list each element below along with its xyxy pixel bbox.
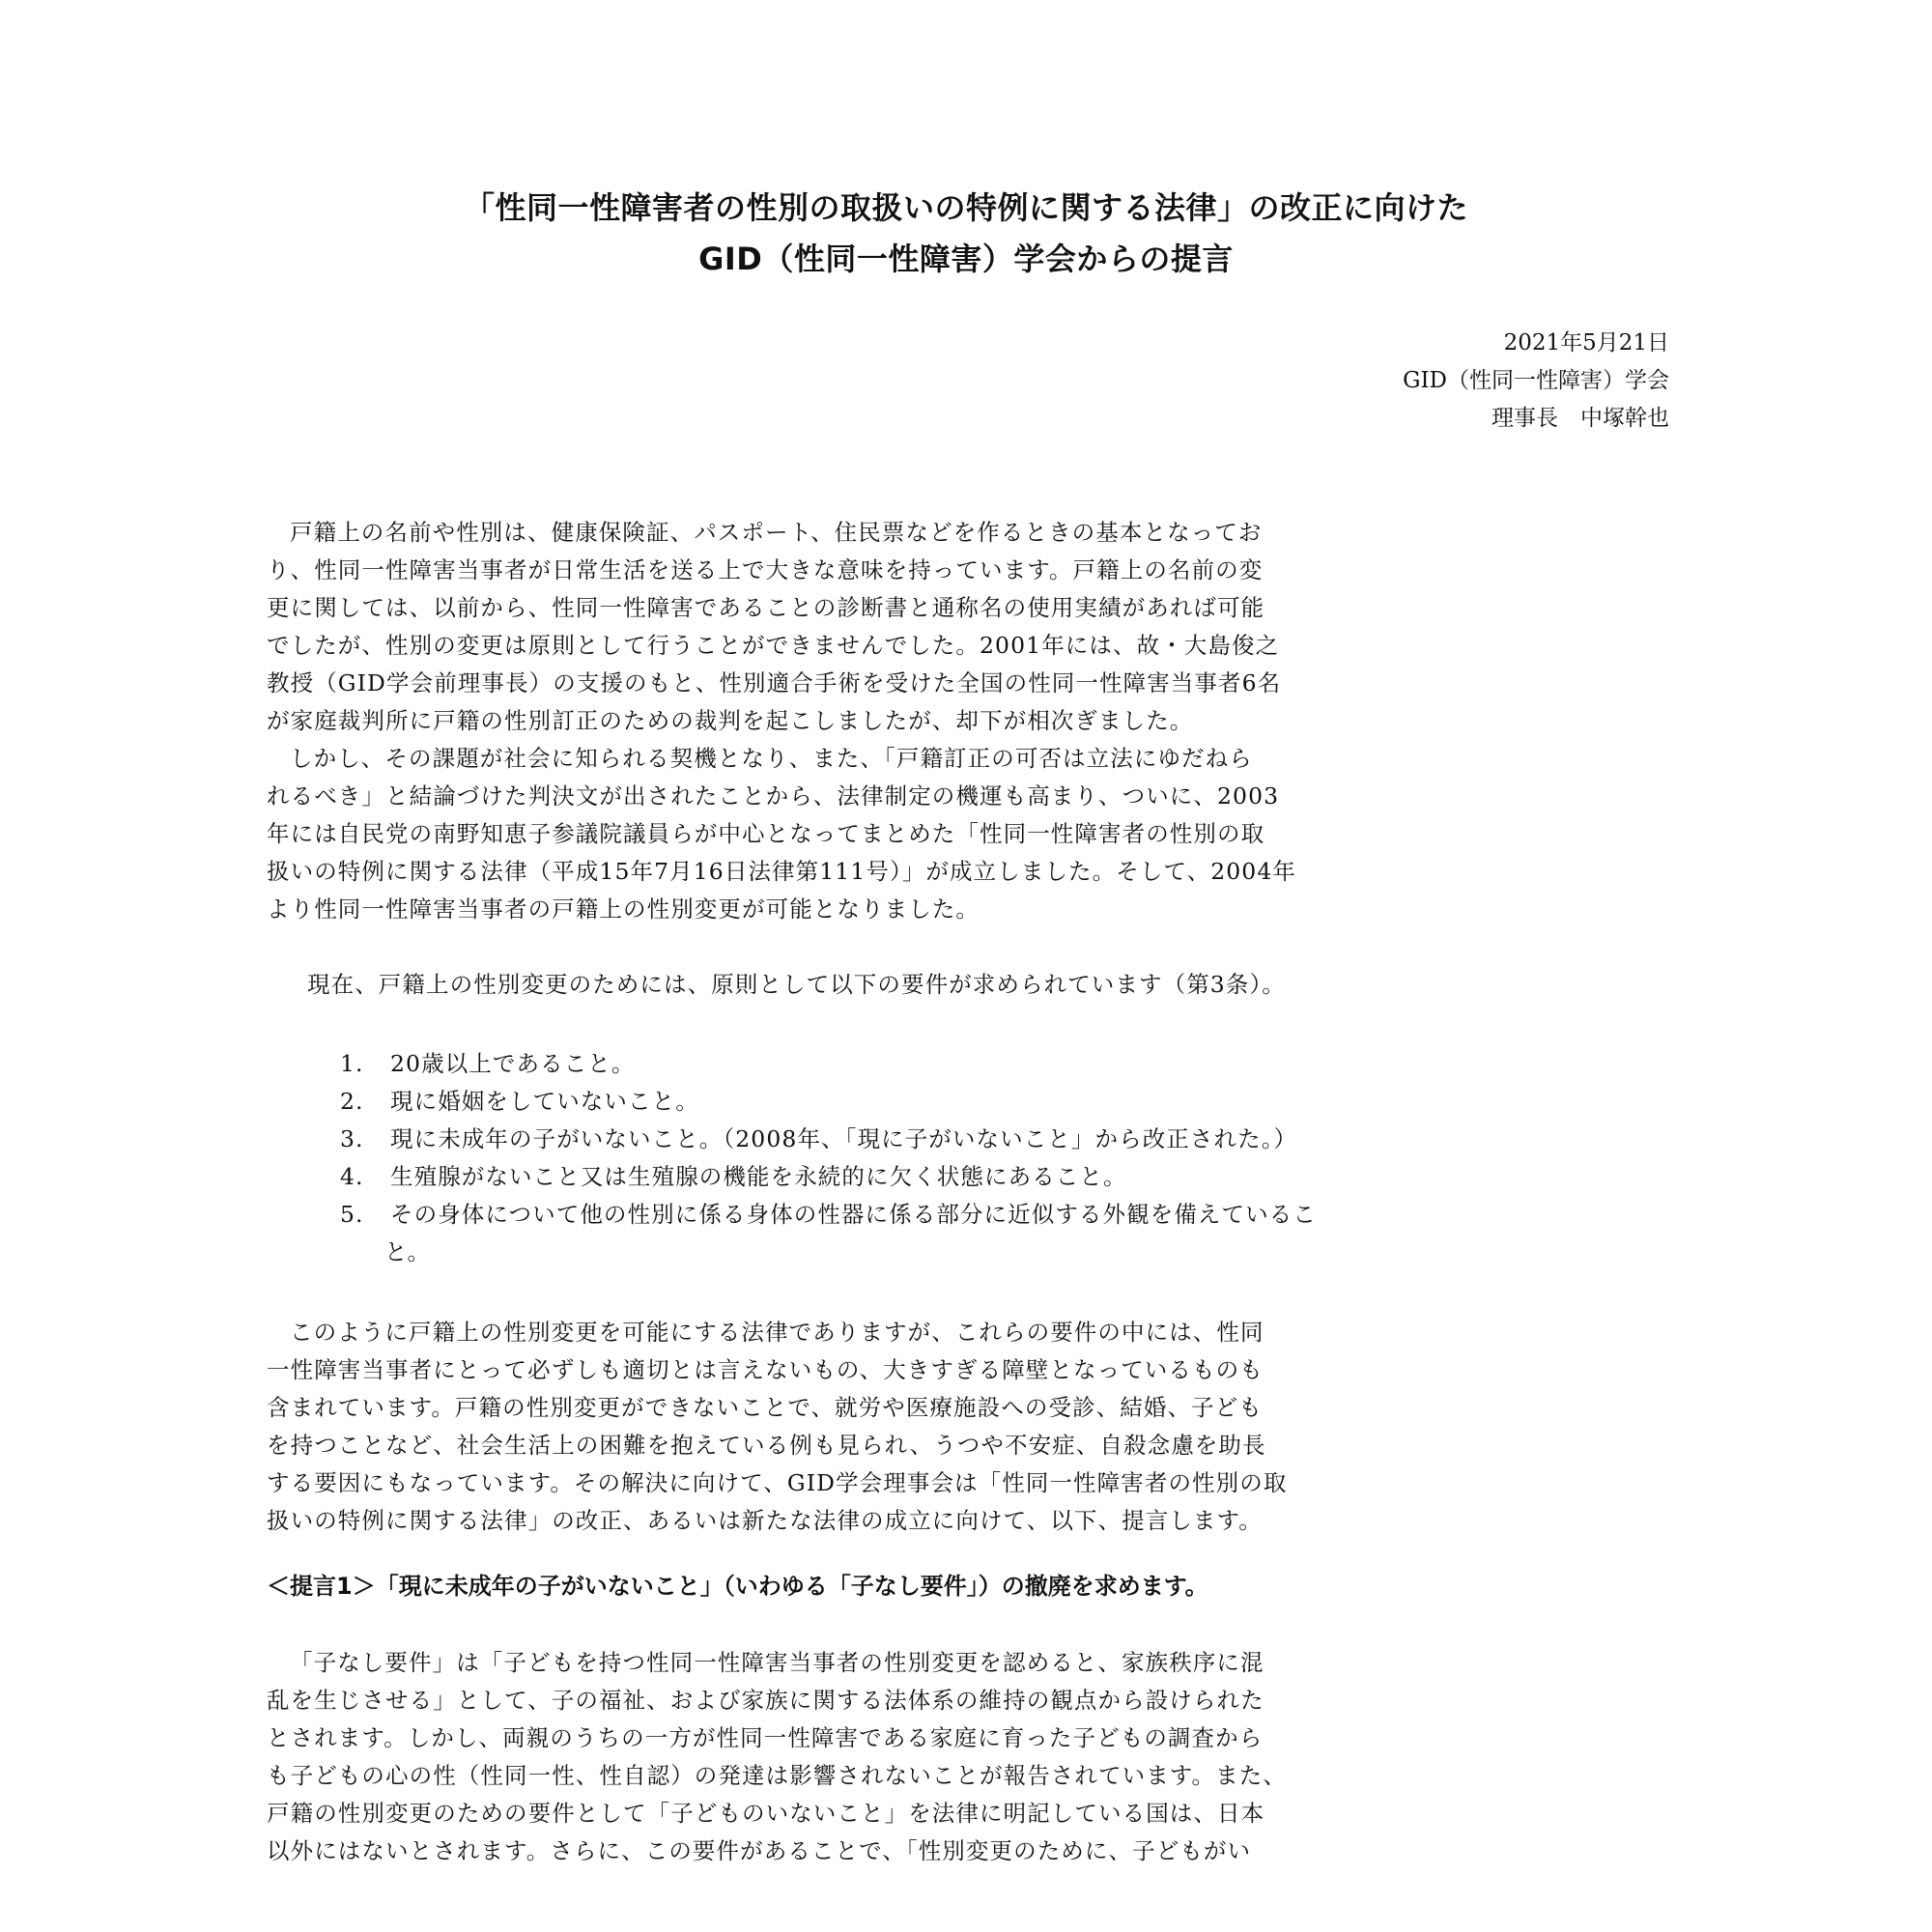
problem-line: このように戸籍上の性別変更を可能にする法律でありますが、これらの要件の中には、性… <box>290 1314 1700 1347</box>
proposal-1-line: 「子なし要件」は「子どもを持つ性同一性障害当事者の性別変更を認めると、家族秩序に… <box>290 1644 1700 1677</box>
requirement-text: 20歳以上であること。 <box>390 1050 636 1077</box>
document-organization: GID（性同一性障害）学会 <box>1403 362 1669 394</box>
requirement-item: 1.20歳以上であること。 <box>340 1045 636 1078</box>
proposal-1-line: も子どもの心の性（性同一性、性自認）の発達は影響されないことが報告されています。… <box>267 1757 1677 1790</box>
requirement-text: その身体について他の性別に係る身体の性器に係る部分に近似する外観を備えているこ <box>390 1201 1317 1228</box>
requirement-number: 5. <box>340 1201 390 1228</box>
document-title-line-1: 「性同一性障害者の性別の取扱いの特例に関する法律」の改正に向けた <box>261 184 1671 228</box>
problem-line: 一性障害当事者にとって必ずしも適切とは言えないもの、大きすぎる障壁となっているも… <box>267 1351 1677 1384</box>
requirement-item: 4.生殖腺がないこと又は生殖腺の機能を永続的に欠く状態にあること。 <box>340 1158 1127 1191</box>
document-date: 2021年5月21日 <box>1504 325 1669 356</box>
history-line: より性同一性障害当事者の戸籍上の性別変更が可能となりました。 <box>267 891 1677 923</box>
document-author: 理事長 中塚幹也 <box>1492 400 1669 432</box>
proposal-1-heading: ＜提言1＞「現に未成年の子がいないこと」（いわゆる「子なし要件」）の撤廃を求めま… <box>267 1567 1208 1601</box>
history-line: 年には自民党の南野知恵子参議院議員らが中心となってまとめた「性同一性障害者の性別… <box>267 815 1677 848</box>
requirement-number: 4. <box>340 1163 390 1190</box>
requirement-number: 1. <box>340 1050 390 1077</box>
history-line: れるべき」と結論づけた判決文が出されたことから、法律制定の機運も高まり、ついに、… <box>267 778 1677 810</box>
intro-line: 教授（GID学会前理事長）の支援のもと、性別適合手術を受けた全国の性同一性障害当… <box>267 665 1677 697</box>
document-page: 「性同一性障害者の性別の取扱いの特例に関する法律」の改正に向けた GID（性同一… <box>0 0 1932 1932</box>
problem-line: する要因にもなっています。その解決に向けて、GID学会理事会は「性同一性障害者の… <box>267 1464 1677 1497</box>
intro-line: 更に関しては、以前から、性同一性障害であることの診断書と通称名の使用実績があれば… <box>267 589 1677 622</box>
problem-line: を持つことなど、社会生活上の困難を抱えている例も見られ、うつや不安症、自殺念慮を… <box>267 1427 1677 1460</box>
intro-line: でしたが、性別の変更は原則として行うことができませんでした。2001年には、故・… <box>267 627 1677 660</box>
problem-line: 含まれています。戸籍の性別変更ができないことで、就労や医療施設への受診、結婚、子… <box>267 1389 1677 1422</box>
requirement-item: 5.その身体について他の性別に係る身体の性器に係る部分に近似する外観を備えている… <box>340 1196 1317 1229</box>
intro-line: 戸籍上の名前や性別は、健康保険証、パスポート、住民票などを作るときの基本となって… <box>290 514 1700 547</box>
requirement-text: 現に婚姻をしていないこと。 <box>390 1088 699 1115</box>
proposal-1-line: 戸籍の性別変更のための要件として「子どものいないこと」を法律に明記している国は、… <box>267 1795 1677 1828</box>
document-title-line-2: GID（性同一性障害）学会からの提言 <box>261 235 1671 279</box>
history-line: しかし、その課題が社会に知られる契機となり、また、「戸籍訂正の可否は立法にゆだね… <box>290 740 1700 773</box>
requirement-item: 2.現に婚姻をしていないこと。 <box>340 1083 699 1116</box>
requirement-item: 3.現に未成年の子がいないこと。（2008年、「現に子がいないこと」から改正され… <box>340 1121 1297 1153</box>
requirement-text: 現に未成年の子がいないこと。（2008年、「現に子がいないこと」から改正された。… <box>390 1125 1297 1152</box>
proposal-1-line: 乱を生じさせる」として、子の福祉、および家族に関する法体系の維持の観点から設けら… <box>267 1682 1677 1715</box>
intro-line: が家庭裁判所に戸籍の性別訂正のための裁判を起こしましたが、却下が相次ぎました。 <box>267 702 1677 735</box>
requirement-continuation: と。 <box>384 1234 430 1266</box>
requirements-lead: 現在、戸籍上の性別変更のためには、原則として以下の要件が求められています（第3条… <box>307 966 1718 999</box>
history-line: 扱いの特例に関する法律（平成15年7月16日法律第111号）」が成立しました。そ… <box>267 853 1677 886</box>
proposal-1-line: 以外にはないとされます。さらに、この要件があることで、「性別変更のために、子ども… <box>267 1833 1677 1865</box>
proposal-1-line: とされます。しかし、両親のうちの一方が性同一性障害である家庭に育った子どもの調査… <box>267 1719 1677 1752</box>
intro-line: り、性同一性障害当事者が日常生活を送る上で大きな意味を持っています。戸籍上の名前… <box>267 552 1677 584</box>
requirement-number: 3. <box>340 1125 390 1152</box>
requirement-number: 2. <box>340 1088 390 1115</box>
requirement-text: 生殖腺がないこと又は生殖腺の機能を永続的に欠く状態にあること。 <box>390 1163 1127 1190</box>
problem-line: 扱いの特例に関する法律」の改正、あるいは新たな法律の成立に向けて、以下、提言しま… <box>267 1502 1677 1535</box>
